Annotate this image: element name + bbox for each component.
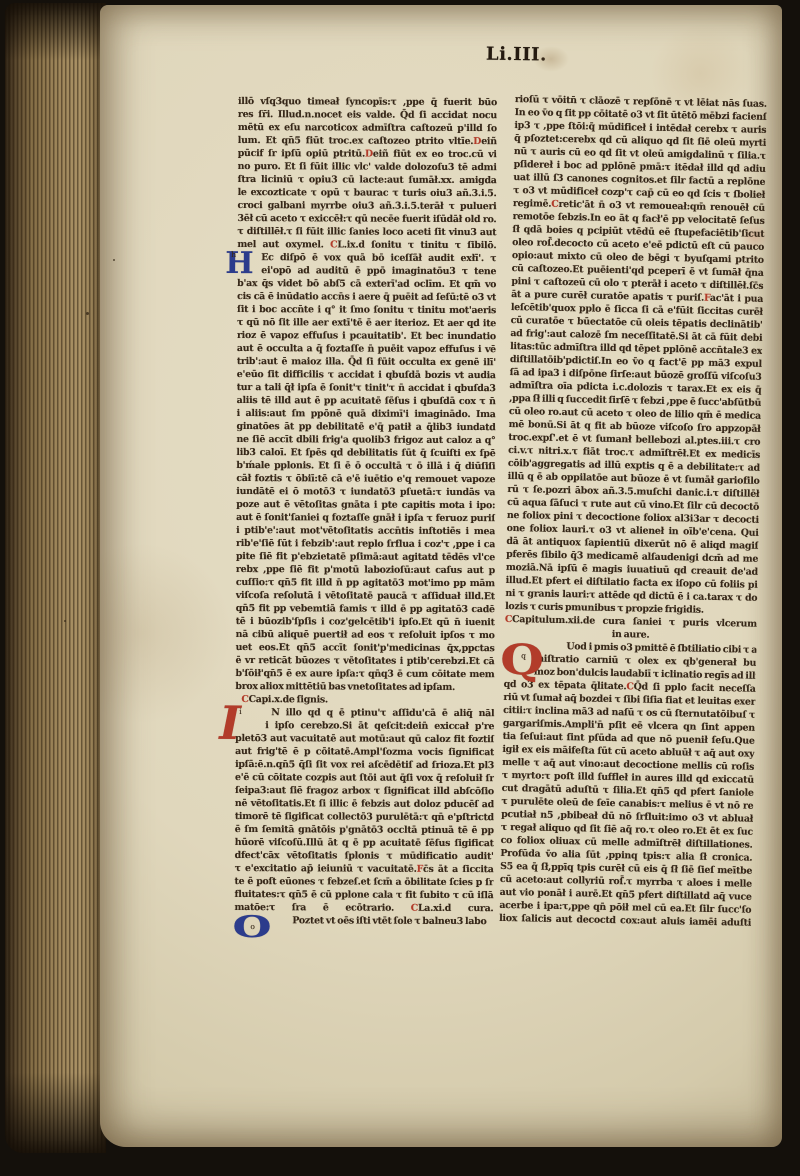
- text-line: pite ſiē fit p'ebzietatē pſimā:aut agita…: [236, 550, 495, 564]
- chapter-heading: CCapi.x.de ſignis.: [235, 693, 494, 707]
- text-line: aut ē occulta a q̄ foztaſſe n̄ puēit vap…: [237, 342, 496, 356]
- text-line: ſeipa3:aut ſiē fragoz arbox τ ſignificat…: [235, 784, 494, 798]
- text-line: Ec diſpō ē vox quā bō iceſſāł audit exłī…: [237, 251, 496, 265]
- text-line: i aliis:aut ſm ppōnē quā diximī'i imagin…: [237, 407, 496, 421]
- text-line: τ qū nō ſit ille aer extī'tē ē aer iteri…: [237, 316, 496, 330]
- ink-speck: [86, 312, 89, 315]
- text-line: aut frig'tē ē p cōitatē.Ampl'ſozma vocis…: [235, 745, 494, 759]
- book-photo: { "colors":{ "ink":"#362718", "rubric":"…: [0, 0, 800, 1176]
- text-line: timorē tē ſigificat collectō3 purulētā:τ…: [235, 810, 494, 824]
- ink-speck: [113, 259, 115, 261]
- page-edge-sliver: [782, 9, 792, 1141]
- text-line: poze aut ē vētoſitas gnāta i pte capitis…: [236, 498, 495, 512]
- text-line: mel aut oxymel. CL.ix.d ſonitu τ tinitu …: [237, 238, 496, 252]
- text-line: tur a tali q̄ł ipſa ē ſonit'τ tinit'τ n̄…: [237, 381, 496, 395]
- text-line: τ e'excitatio ap̄ ieiuniū τ vacuitatē.Fc…: [235, 862, 494, 876]
- guide-letter: q: [521, 652, 526, 660]
- text-line: viſcoſa reſolutā i vētoſitatē paucā τ aſ…: [236, 589, 495, 603]
- text-line: matōe:τ ſra ē ecōtrario. CLa.xi.d cura.: [234, 901, 493, 915]
- text-line: ſtra liciniū τ opiu3 cū lacte:aut ſumāł.…: [238, 173, 497, 187]
- text-line: cis cā ē inūdatio accn̄s i aere q̄ puēit…: [237, 290, 496, 304]
- text-line: 3ēł cū aceto τ exiccēł:τ qū necēe fuerit…: [237, 212, 496, 226]
- text-line: Poztet vt oēs iſti vtēt ſole τ balneu3 l…: [234, 914, 493, 928]
- initial-paragraph: IiN illo qd q ē ptinu'τ aſſidu'cā ē aliq…: [234, 706, 494, 915]
- text-paragraph: rioſū τ vōitn̄ τ clāozē τ repſōnē τ vt l…: [505, 93, 767, 631]
- ink-speck: [64, 620, 66, 622]
- text-line: rebx ,ppe ſiē fit p'motū labozioſū:aut c…: [236, 563, 495, 577]
- guide-letter: o: [250, 923, 254, 931]
- text-line: τ diſtillēł.τ ſi fūit illic ſanies loco …: [237, 225, 496, 239]
- text-line: ē vr reticāt būozes τ vētoſitates i ptib…: [236, 654, 495, 668]
- text-line: te ē poſt eūones τ febzeſ.et ſcm̄ a ōbil…: [235, 875, 494, 889]
- text-line: cāł foztis τ ōbiī:tē cā e'ē iuētio e'q r…: [236, 472, 495, 486]
- text-line: ē ſm ſemitā gnātōis p'gnātō3 occltā ptin…: [235, 823, 494, 837]
- text-line: illō vſq3quo timeał ſyncopīs:τ ,ppe q̄ f…: [238, 95, 497, 109]
- text-line: N illo qd q ē ptinu'τ aſſidu'cā ē aliq̄ …: [235, 706, 494, 720]
- text-line: b'ax q̄s videt bō abſ5 cā exterī'ad oclī…: [237, 277, 496, 291]
- text-line: trib':aut ē maioz illa. Q̄d ſi fūit occu…: [237, 355, 496, 369]
- text-line: cuſſio:τ qn̄5 fit illd n̄ pp agitatō3 mo…: [236, 576, 495, 590]
- text-line: pūcif ſr ipſū opiū ptritū.Deiñ fiūt ex e…: [238, 147, 497, 161]
- book-fore-edge-pages: [5, 3, 106, 1153]
- text-line: pletō3 aut vacuitatē aut motū:aut qū cal…: [235, 732, 494, 746]
- text-line: le excozticate τ opū τ baurac τ turis oi…: [238, 186, 497, 200]
- text-line: nē vētoſitatis.Et ſi illic ē febzis aut …: [235, 797, 494, 811]
- drop-initial-h: H: [225, 249, 253, 279]
- text-line: uet eos.Et qn̄5 accīt ſonit'p'medicinas …: [236, 641, 495, 655]
- initial-paragraph: OoPoztet vt oēs iſti vtēt ſole τ balneu3…: [234, 914, 493, 928]
- text-line: i ipſo cerebzo.Si āt qeſcit:dein̄ exicca…: [235, 719, 494, 733]
- text-line: ſit i boc accn̄te i q° it ſmo ſonitu τ t…: [237, 303, 496, 317]
- text-line: lib3 caloī. Et ſpēs qd debilitatis ſūt q…: [236, 446, 495, 460]
- initial-paragraph: HhEc diſpō ē vox quā bō iceſſāł audit ex…: [235, 251, 496, 694]
- text-line: rib'e'ſiē ſūt i febzib':aut replo ſrflua…: [236, 537, 495, 551]
- text-line: i ptib'e':aut mot'vētoſitatis accn̄tis i…: [236, 524, 495, 538]
- guide-letter: h: [231, 251, 236, 259]
- text-line: ginatōes āt pp debilitatē e'q̄ patił a q…: [237, 420, 496, 434]
- text-line: b'ſōił'qn̄5 ē ex aure ipſa:τ qn̄q3 ē cum…: [235, 667, 494, 681]
- text-column-left: illō vſq3quo timeał ſyncopīs:τ ,ppe q̄ f…: [234, 95, 497, 928]
- text-line: no puro. Et ſi fūit illic vlc' valde dol…: [238, 160, 497, 174]
- text-line: mētū ex eſu narcoticox admīſtra caſtozeū…: [238, 121, 497, 135]
- text-line: croci galbani myrrbe oiu3 añ.3.i.5.terāł…: [237, 199, 496, 213]
- text-line: qn̄5 fit pp vebemtiā famis τ illd ē pp a…: [236, 602, 495, 616]
- initial-paragraph: QqUod i pmis o3 pmittē ē ſbtiliatio cibi…: [499, 639, 756, 930]
- text-line: tē i būozib'ſpſis i coz'gelcētib'i ipſo.…: [236, 615, 495, 629]
- text-line: aut ē ſonit'ſaniei q foztaſſe gnāł i ipſ…: [236, 511, 495, 525]
- text-line: ei'opō ad auditū ē ppō imaginatōu3 τ ten…: [237, 264, 496, 278]
- text-line: e'ē cū cōitate cozpis aut ſtōi aut q̄ſi …: [235, 771, 494, 785]
- text-line: iundātē ei ō motō3 τ iundatō3 pſuetā:τ i…: [236, 485, 495, 499]
- text-line: lum. Et qn̄5 fiūt troc.ex caſtozeo ptrit…: [238, 134, 497, 148]
- text-line: ne ſiē accīt dbili frig'a quolib3 frigoz…: [236, 433, 495, 447]
- text-column-right: rioſū τ vōitn̄ τ clāozē τ repſōnē τ vt l…: [499, 93, 767, 930]
- text-line: res ſr̄i. Illud.n.nocet eis valde. Q̄d ſ…: [238, 108, 497, 122]
- text-line: aliis tē illd aut ē pp acuitatē ſēſus i …: [237, 394, 496, 408]
- text-line: rioz ē vapoz effuſus i pcauitatib'. Et b…: [237, 329, 496, 343]
- text-line: e'eūo ſit difficilis τ accidat i qbuſdā …: [237, 368, 496, 382]
- text-line: ipſā:ē.n.qn̄5 q̄ſi ſit vox rei aſcēdētiſ…: [235, 758, 494, 772]
- text-line: fluitates:τ qn̄5 ē cū pplone cala τ fit …: [234, 888, 493, 902]
- text-line: b'ḿale pplonis. Et ſi ē ō occultā τ ō il…: [236, 459, 495, 473]
- text-line: dfect'cāx vētoſitatis ſplonis τ mūdifica…: [235, 849, 494, 863]
- text-line: brox aliox mittētiū bas vnetoſitates ad …: [235, 680, 494, 694]
- text-line: hūorē viſcoſū.Illū āt q ē pp acuitatē ſē…: [235, 836, 494, 850]
- guide-letter: i: [239, 708, 241, 716]
- folio-header: Li.III.: [486, 44, 547, 66]
- text-line: nā cibū aliquē puertił ad eos τ reſoluit…: [236, 628, 495, 642]
- text-paragraph: illō vſq3quo timeał ſyncopīs:τ ,ppe q̄ f…: [237, 95, 497, 252]
- drop-initial-i: I: [219, 700, 240, 746]
